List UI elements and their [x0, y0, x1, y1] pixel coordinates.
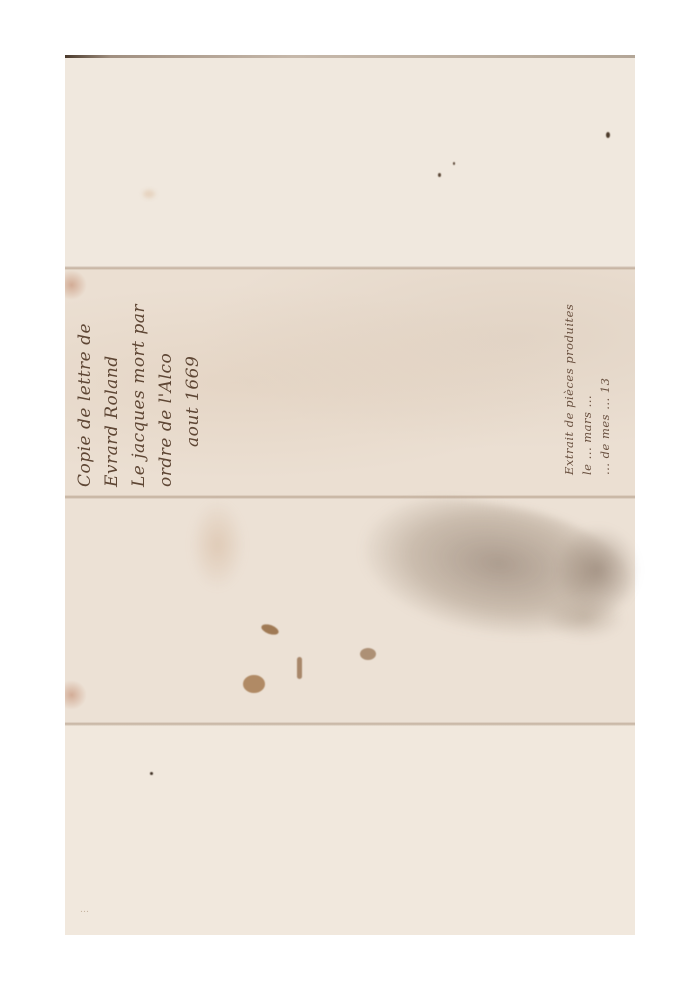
- endorsement-right: Extrait de pièces produites le ... mars …: [560, 304, 614, 475]
- endorsement-line: ... de mes ... 13: [596, 304, 614, 475]
- water-stain: [545, 595, 625, 640]
- fold-crease: [65, 722, 635, 726]
- margin-mark: …: [80, 905, 89, 915]
- endorsement-left: Copie de lettre de Evrard Roland Le jacq…: [72, 304, 207, 487]
- ink-speck: [453, 162, 455, 165]
- foxing-spot: [243, 675, 265, 693]
- endorsement-line: le ... mars ...: [578, 304, 596, 475]
- endorsement-date: aout 1669: [180, 304, 207, 487]
- fold-panel-top: [65, 55, 635, 268]
- ink-speck: [606, 132, 610, 138]
- foxing-spot: [360, 648, 376, 660]
- foxing-spot: [297, 657, 302, 679]
- edge-stain: [65, 680, 87, 710]
- endorsement-line: Copie de lettre de: [72, 304, 99, 487]
- endorsement-line: Evrard Roland: [99, 304, 126, 487]
- edge-stain: [65, 270, 87, 300]
- fold-panel-bottom: [65, 724, 635, 935]
- water-stain: [190, 500, 245, 590]
- fold-crease: [65, 266, 635, 270]
- ink-speck: [150, 772, 153, 775]
- manuscript-page: [65, 55, 635, 935]
- endorsement-line: Le jacques mort par: [126, 304, 153, 487]
- ink-speck: [438, 173, 441, 177]
- fold-crease: [65, 495, 635, 499]
- foxing-spot: [143, 190, 155, 198]
- endorsement-line: ordre de l'Alco: [153, 304, 180, 487]
- paper-top-edge: [65, 55, 635, 58]
- endorsement-line: Extrait de pièces produites: [560, 304, 578, 475]
